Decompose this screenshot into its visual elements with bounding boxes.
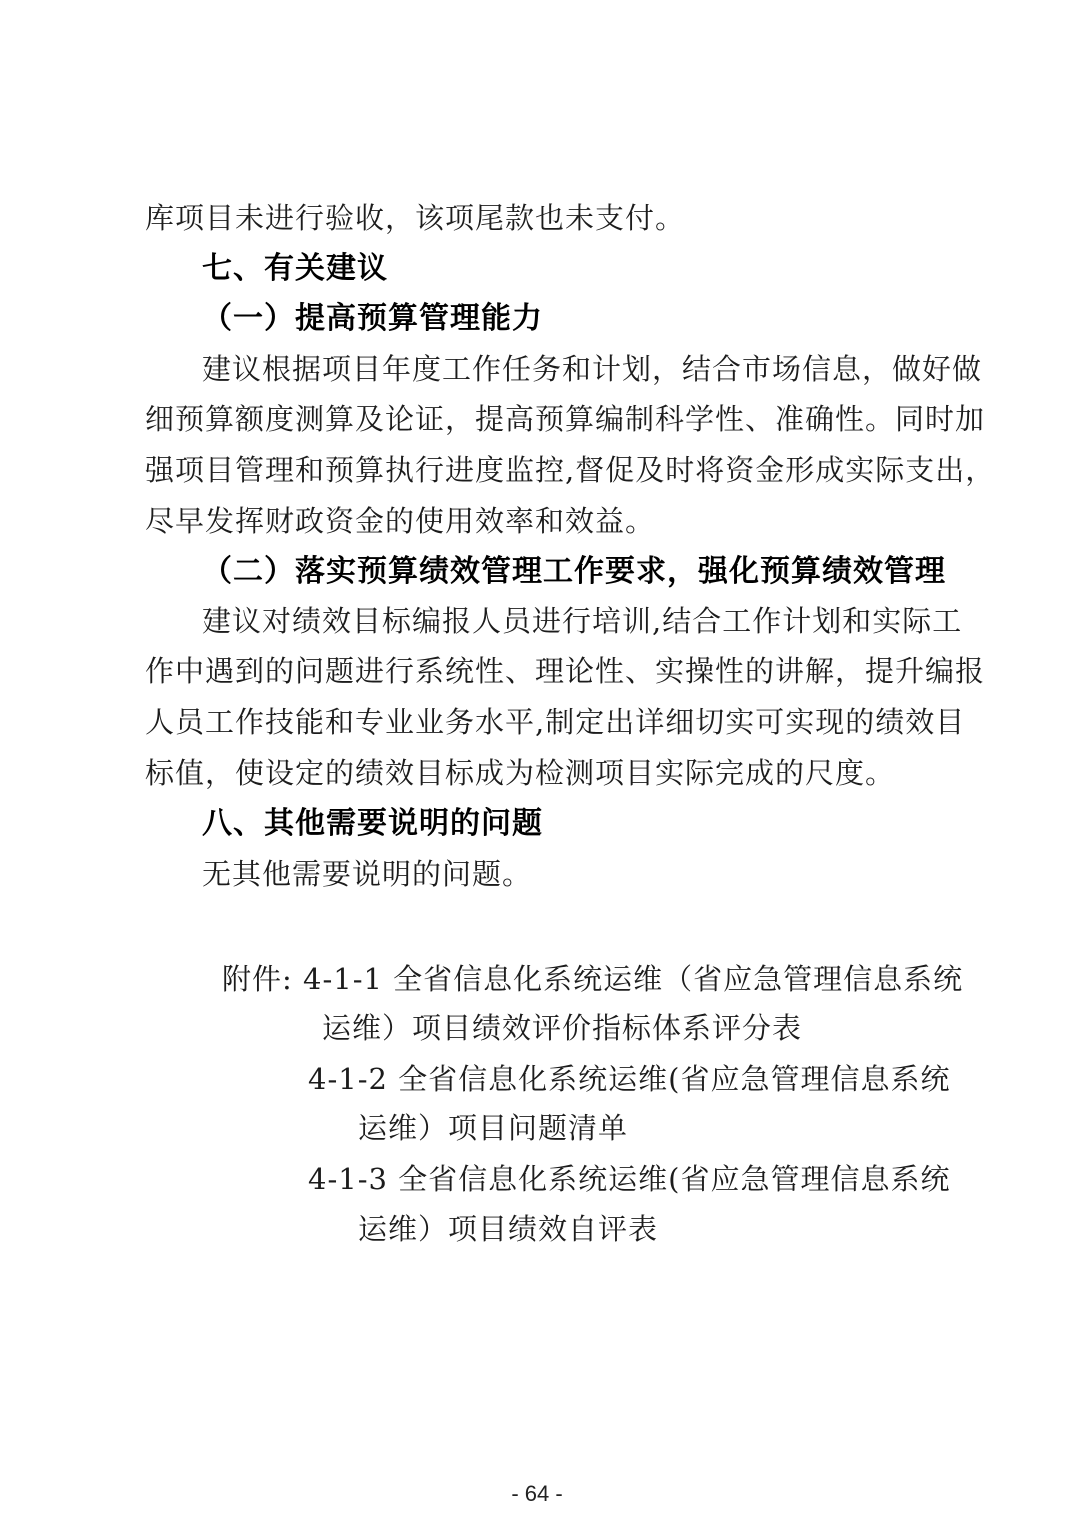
- heading-section-8: 八、其他需要说明的问题: [202, 809, 543, 839]
- para-2-line-3: 人员工作技能和专业业务水平,制定出详细切实可实现的绩效目: [145, 708, 965, 737]
- para-2-line-2: 作中遇到的问题进行系统性、理论性、实操性的讲解，提升编报: [145, 657, 985, 686]
- para-1-line-3: 强项目管理和预算执行进度监控,督促及时将资金形成实际支出，: [145, 456, 995, 485]
- attachment-line-2: 运维）项目绩效评价指标体系评分表: [322, 1014, 802, 1043]
- attachment-line-4: 运维）项目问题清单: [358, 1114, 628, 1143]
- attachment-line-3: 4-1-2 全省信息化系统运维(省应急管理信息系统: [308, 1065, 950, 1094]
- para-1-line-2: 细预算额度测算及论证，提高预算编制科学性、准确性。同时加: [145, 405, 985, 434]
- para-3-line-1: 无其他需要说明的问题。: [202, 860, 532, 889]
- document-page: 库项目未进行验收，该项尾款也未支付。 七、有关建议 （一）提高预算管理能力 建议…: [0, 0, 1074, 1520]
- para-1-line-4: 尽早发挥财政资金的使用效率和效益。: [145, 507, 655, 536]
- heading-section-7: 七、有关建议: [202, 254, 388, 284]
- attachment-line-6: 运维）项目绩效自评表: [358, 1215, 658, 1244]
- heading-subsection-1: （一）提高预算管理能力: [202, 304, 543, 334]
- para-1-line-1: 建议根据项目年度工作任务和计划，结合市场信息，做好做: [202, 355, 982, 384]
- heading-subsection-2: （二）落实预算绩效管理工作要求，强化预算绩效管理: [202, 557, 946, 587]
- para-2-line-1: 建议对绩效目标编报人员进行培训,结合工作计划和实际工: [202, 607, 962, 636]
- attachment-line-5: 4-1-3 全省信息化系统运维(省应急管理信息系统: [308, 1165, 950, 1194]
- page-number: - 64 -: [0, 1481, 1074, 1507]
- para-2-line-4: 标值，使设定的绩效目标成为检测项目实际完成的尺度。: [145, 759, 895, 788]
- attachment-line-1: 附件: 4-1-1 全省信息化系统运维（省应急管理信息系统: [222, 965, 963, 994]
- body-line-1: 库项目未进行验收，该项尾款也未支付。: [145, 204, 685, 233]
